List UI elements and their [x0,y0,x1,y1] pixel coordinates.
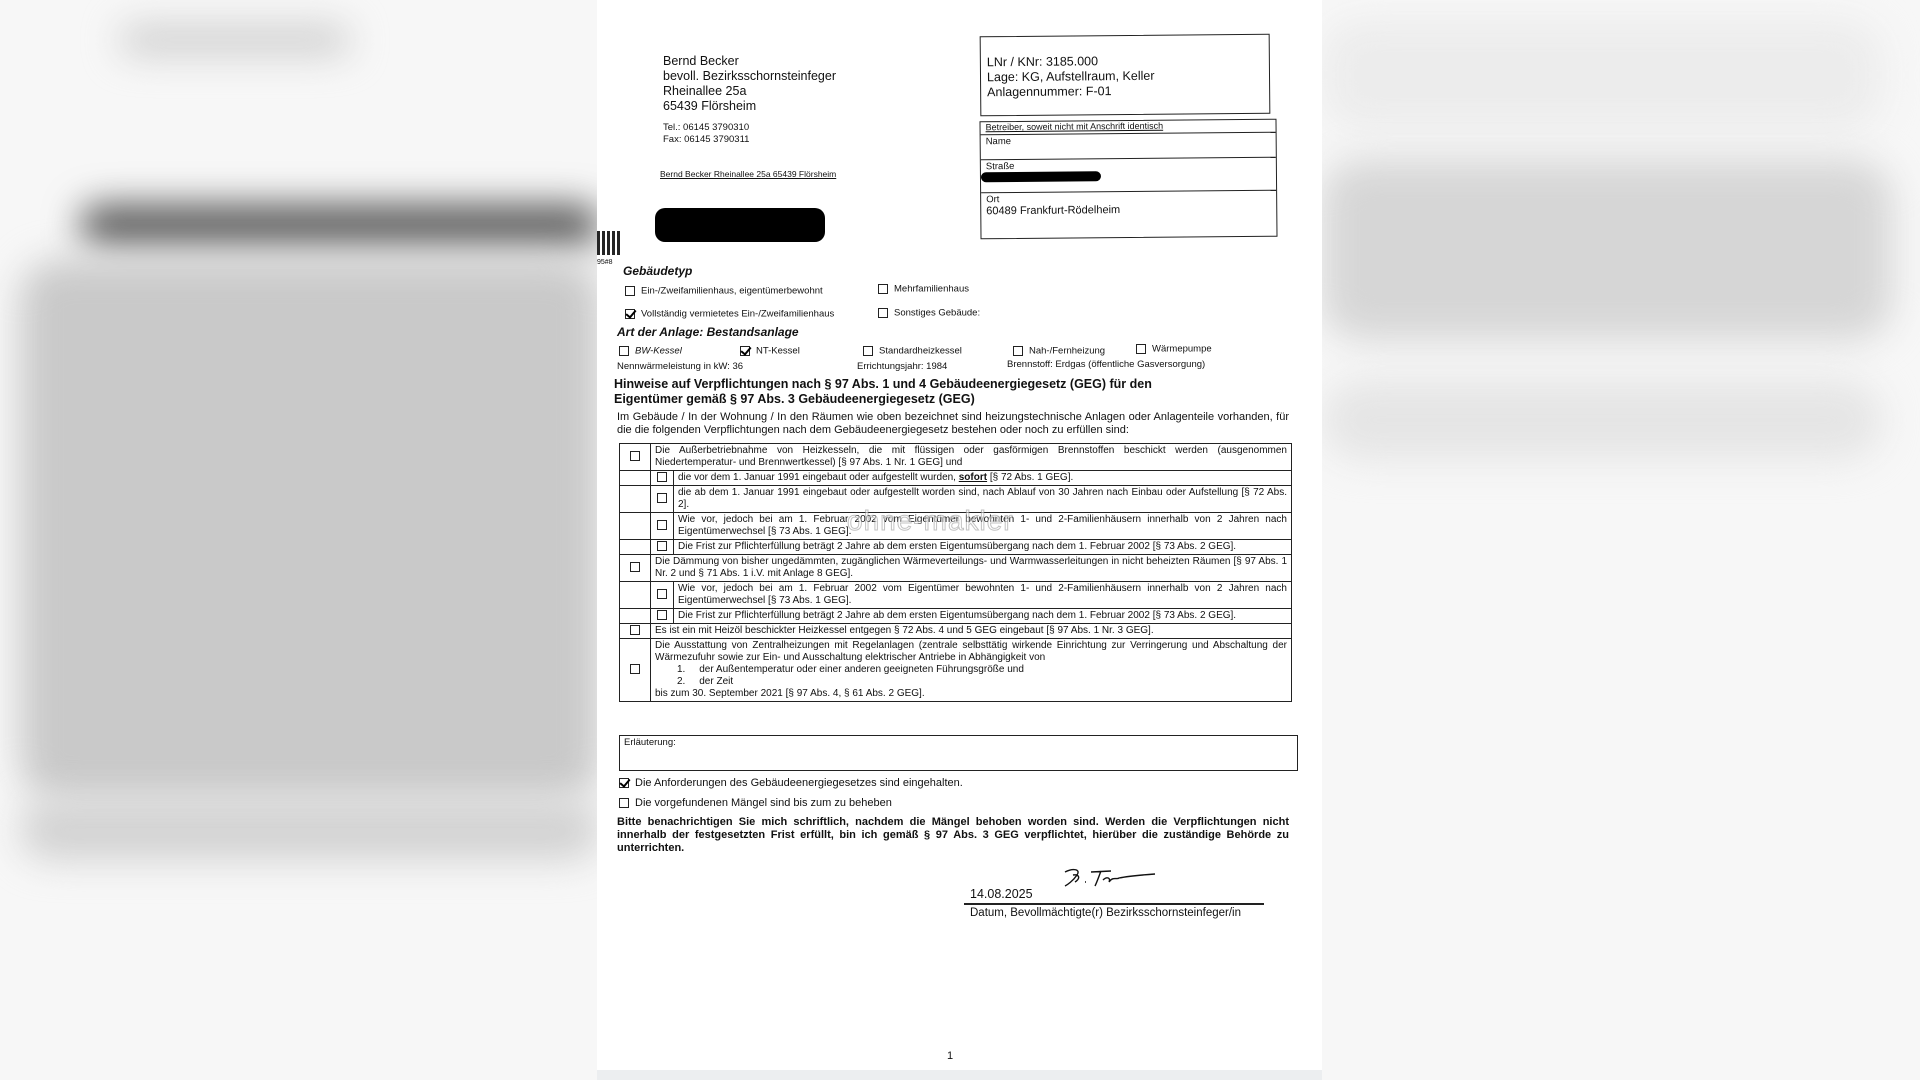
checkbox[interactable] [863,346,873,356]
sender-title: bevoll. Bezirksschornsteinfeger [663,69,836,84]
obligation-text: Die Frist zur Pflichterfüllung beträgt 2… [674,609,1292,624]
blur-shape [120,25,350,55]
return-address: Bernd Becker Rheinallee 25a 65439 Flörsh… [660,169,836,179]
installation-heading: Art der Anlage: Bestandsanlage [617,325,799,339]
table-row: Die Ausstattung von Zentralheizungen mit… [620,639,1292,702]
redacted-street [981,171,1101,182]
building-type-option[interactable]: Mehrfamilienhaus [878,280,969,298]
building-type-heading: Gebäudetyp [623,264,692,278]
installation-option[interactable]: BW-Kessel [619,342,682,360]
installation-option[interactable]: Nah-/Fernheizung [1013,342,1105,360]
table-row: Die Dämmung von bisher ungedämmten, zugä… [620,555,1292,582]
text: bis zum 30. September 2021 [§ 97 Abs. 4,… [655,688,1287,700]
option-label: Mehrfamilienhaus [894,283,969,294]
checkbox[interactable] [657,541,667,551]
checkbox[interactable] [625,286,635,296]
installation-option[interactable]: Standardheizkessel [863,342,962,360]
installation-option[interactable]: Wärmepumpe [1136,340,1212,358]
city-value: 60489 Frankfurt-Rödelheim [986,203,1271,217]
checkbox[interactable] [657,610,667,620]
checkbox[interactable] [630,451,640,461]
checkbox[interactable] [630,664,640,674]
building-type-option[interactable]: Vollständig vermietetes Ein-/Zweifamilie… [625,305,834,323]
blur-shape [80,205,597,245]
sender-fax: Fax: 06145 3790311 [663,134,749,146]
emphasis: sofort [959,472,987,483]
blurred-backdrop-right [1322,0,1920,1080]
blur-shape [20,260,597,800]
building-type-option[interactable]: Sonstiges Gebäude: [878,304,980,322]
operator-name-field: Name [981,133,1276,161]
sender-street: Rheinallee 25a [663,84,836,99]
obligation-text: Die Ausstattung von Zentralheizungen mit… [651,639,1292,702]
option-label: BW-Kessel [635,345,682,356]
blur-shape [1322,20,1882,130]
option-label: Standardheizkessel [879,345,962,356]
checkbox[interactable] [1136,344,1146,354]
nominal-power: Nennwärmeleistung in kW: 36 [617,361,743,372]
obligation-text: Es ist ein mit Heizöl beschickter Heizke… [651,624,1292,639]
result-option[interactable]: Die Anforderungen des Gebäudeenergiegese… [619,777,963,789]
checkbox[interactable] [630,625,640,635]
intro-text: Im Gebäude / In der Wohnung / In den Räu… [617,411,1289,437]
fuel: Brennstoff: Erdgas (öffentliche Gasverso… [1007,359,1205,370]
sender-address: Bernd Becker bevoll. Bezirksschornsteinf… [663,54,836,114]
text: die vor dem 1. Januar 1991 eingebaut ode… [678,472,959,483]
text: [§ 72 Abs. 1 GEG]. [987,472,1073,483]
checkbox[interactable] [1013,346,1023,356]
obligation-text: Wie vor, jedoch bei am 1. Februar 2002 v… [674,582,1292,609]
option-label: Ein-/Zweifamilienhaus, eigentümerbewohnt [641,285,823,296]
text: Die Ausstattung von Zentralheizungen mit… [655,640,1287,664]
blur-shape [1322,380,1882,460]
operator-box: Betreiber, soweit nicht mit Anschrift id… [979,119,1277,240]
checkbox-checked[interactable] [740,346,750,356]
table-row: Die Frist zur Pflichterfüllung beträgt 2… [620,609,1292,624]
anlagennummer: Anlagennummer: F-01 [987,83,1269,100]
obligation-text: die vor dem 1. Januar 1991 eingebaut ode… [674,471,1292,486]
result-option[interactable]: Die vorgefundenen Mängel sind bis zum zu… [619,797,892,809]
option-label: Wärmepumpe [1152,343,1212,354]
table-row: Wie vor, jedoch bei am 1. Februar 2002 v… [620,582,1292,609]
obligation-text: Die Außerbetriebnahme von Heizkesseln, d… [651,444,1292,471]
operator-street-field: Straße [981,158,1276,194]
checkbox[interactable] [630,562,640,572]
operator-city-field: Ort 60489 Frankfurt-Rödelheim [981,191,1276,236]
obligation-text: Die Frist zur Pflichterfüllung beträgt 2… [674,540,1292,555]
checkbox[interactable] [657,493,667,503]
checkbox[interactable] [619,798,629,808]
construction-year: Errichtungsjahr: 1984 [857,361,947,372]
option-label: Nah-/Fernheizung [1029,345,1105,356]
list-item: 1. der Außentemperatur oder einer andere… [655,664,1287,676]
erlaeuterung-field[interactable]: Erläuterung: [619,735,1298,771]
page-number: 1 [947,1050,953,1062]
checkbox[interactable] [878,284,888,294]
redacted-recipient [655,208,825,242]
signature-icon [1059,866,1159,890]
option-label: Sonstiges Gebäude: [894,307,980,318]
page-edge [597,1070,1322,1080]
option-label: Vollständig vermietetes Ein-/Zweifamilie… [641,308,834,319]
signature-caption: Datum, Bevollmächtigte(r) Bezirksschorns… [970,907,1241,919]
checkbox[interactable] [657,520,667,530]
blurred-backdrop-left [0,0,597,1080]
installation-info-box: LNr / KNr: 3185.000 Lage: KG, Aufstellra… [980,34,1271,117]
obligations-heading: Hinweise auf Verpflichtungen nach § 97 A… [614,377,1152,407]
option-label: NT-Kessel [756,345,800,356]
qr-code [597,231,621,255]
table-row: Die Außerbetriebnahme von Heizkesseln, d… [620,444,1292,471]
table-row: Die Frist zur Pflichterfüllung beträgt 2… [620,540,1292,555]
erlaeuterung-label: Erläuterung: [624,737,676,748]
building-type-option[interactable]: Ein-/Zweifamilienhaus, eigentümerbewohnt [625,282,823,300]
checkbox-checked[interactable] [619,778,629,788]
street-label: Straße [986,161,1015,172]
checkbox[interactable] [657,472,667,482]
option-label: Die Anforderungen des Gebäudeenergiegese… [635,777,963,789]
notice-text: Bitte benachrichtigen Sie mich schriftli… [617,816,1289,855]
obligation-text: Die Dämmung von bisher ungedämmten, zugä… [651,555,1292,582]
heading-line: Eigentümer gemäß § 97 Abs. 3 Gebäudeener… [614,392,1152,407]
blur-shape [1322,160,1892,340]
watermark: ohne-makler [847,505,1014,537]
table-row: die vor dem 1. Januar 1991 eingebaut ode… [620,471,1292,486]
sender-name: Bernd Becker [663,54,836,69]
checkbox-checked[interactable] [625,309,635,319]
sender-contact: Tel.: 06145 3790310 Fax: 06145 3790311 [663,122,749,146]
name-label: Name [986,136,1011,147]
option-label: Die vorgefundenen Mängel sind bis zum zu… [635,797,892,809]
sender-city: 65439 Flörsheim [663,99,836,114]
sender-tel: Tel.: 06145 3790310 [663,122,749,134]
list-item: 2. der Zeit [655,676,1287,688]
qr-label: 95#8 [597,259,613,266]
signature-date: 14.08.2025 [970,887,1033,901]
document-page: Bernd Becker bevoll. Bezirksschornsteinf… [597,0,1322,1070]
checkbox[interactable] [878,308,888,318]
blur-shape [20,800,597,860]
obligations-table: Die Außerbetriebnahme von Heizkesseln, d… [619,443,1292,702]
checkbox[interactable] [619,346,629,356]
installation-option[interactable]: NT-Kessel [740,342,800,360]
signature-line [964,903,1264,905]
table-row: Es ist ein mit Heizöl beschickter Heizke… [620,624,1292,639]
checkbox[interactable] [657,589,667,599]
heading-line: Hinweise auf Verpflichtungen nach § 97 A… [614,377,1152,392]
